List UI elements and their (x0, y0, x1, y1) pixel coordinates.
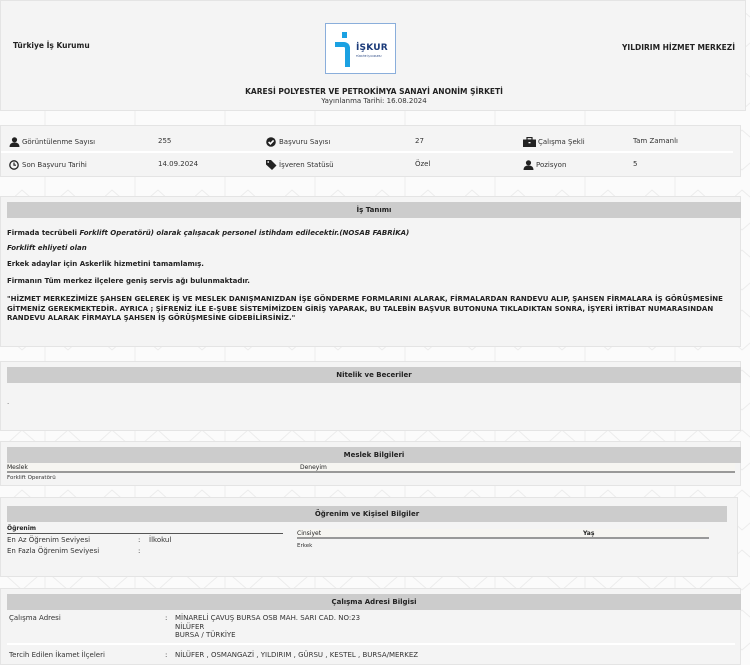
occupation-table-header: Meslek Deneyim (7, 463, 735, 473)
districts-value: NİLÜFER , OSMANGAZİ , YILDIRIM , GÜRSU ,… (175, 651, 418, 660)
desc-line: Firmada tecrübeli Forklift Operatörü) ol… (7, 229, 409, 237)
table-row: Forklift Operatörü (7, 475, 56, 481)
occupation-section: Meslek Bilgileri Meslek Deneyim Forklift… (0, 441, 741, 486)
logo-text: İŞKUR (356, 43, 388, 53)
col-occupation: Meslek (7, 464, 28, 471)
clock-icon (9, 160, 20, 170)
max-education-row: En Fazla Öğrenim Seviyesi : (7, 547, 99, 555)
employer-status-label-cell: İşveren Statüsü (266, 160, 334, 170)
job-description-section: İş Tanımı Firmada tecrübeli Forklift Ope… (0, 196, 741, 347)
work-type-value: Tam Zamanlı (633, 137, 678, 145)
applications-label-cell: Başvuru Sayısı (266, 137, 330, 147)
address-line: MİNARELİ ÇAVUŞ BURSA OSB MAH. SARI CAD. … (175, 614, 360, 622)
section-title: Çalışma Adresi Bilgisi (7, 594, 741, 610)
applications-value: 27 (415, 137, 424, 145)
address-line: BURSA / TÜRKİYE (175, 631, 236, 639)
tag-icon (266, 160, 277, 170)
employer-status-label: İşveren Statüsü (279, 161, 334, 169)
divider (7, 643, 735, 645)
service-center: YILDIRIM HİZMET MERKEZİ (622, 43, 735, 52)
views-value: 255 (158, 137, 171, 145)
education-header: Öğrenim (7, 524, 283, 534)
desc-italic: Forklift Operatörü) olarak çalışacak per… (80, 229, 410, 237)
address-section: Çalışma Adresi Bilgisi Çalışma Adresi : … (0, 588, 741, 665)
gender-header: Cinsiyet (297, 530, 321, 537)
page-header: Türkiye İş Kurumu İŞKUR TÜRKİYE İŞ KURUM… (0, 0, 746, 111)
logo-mark-icon (342, 32, 347, 38)
positions-label: Pozisyon (536, 161, 566, 169)
desc-text: Firmada tecrübeli (7, 229, 80, 237)
stats-row: Görüntülenme Sayısı 255 Başvuru Sayısı 2… (1, 131, 733, 153)
personal-header: Cinsiyet Yaş (297, 529, 709, 539)
user-icon (9, 137, 20, 147)
section-title: Öğrenim ve Kişisel Bilgiler (7, 506, 727, 522)
districts-label: Tercih Edilen İkamet İlçeleri (9, 651, 105, 659)
org-name: Türkiye İş Kurumu (13, 41, 90, 50)
min-education-row: En Az Öğrenim Seviyesi : İlkokul (7, 536, 90, 544)
skills-section: Nitelik ve Beceriler . (0, 361, 741, 431)
deadline-label-cell: Son Başvuru Tarihi (9, 160, 87, 170)
min-education-label: En Az Öğrenim Seviyesi (7, 536, 90, 544)
section-title: İş Tanımı (7, 202, 741, 218)
applications-label: Başvuru Sayısı (279, 138, 330, 146)
iskur-logo[interactable]: İŞKUR TÜRKİYE İŞ KURUMU (325, 23, 396, 74)
education-section: Öğrenim ve Kişisel Bilgiler Öğrenim En A… (0, 497, 738, 577)
deadline-label: Son Başvuru Tarihi (22, 161, 87, 169)
gender-value: Erkek (297, 543, 312, 549)
notice-text: "HİZMET MERKEZİMİZE ŞAHSEN GELEREK İŞ VE… (7, 295, 737, 324)
logo-subtext: TÜRKİYE İŞ KURUMU (356, 55, 381, 58)
section-title: Meslek Bilgileri (7, 447, 741, 463)
work-type-label: Çalışma Şekli (538, 138, 585, 146)
deadline-value: 14.09.2024 (158, 160, 198, 168)
publish-date: Yayınlanma Tarihi: 16.08.2024 (1, 97, 747, 105)
logo-hook-icon (335, 42, 350, 67)
address-line: NİLÜFER (175, 623, 204, 631)
desc-line: Forklift ehliyeti olan (7, 244, 87, 252)
views-label-cell: Görüntülenme Sayısı (9, 137, 95, 147)
check-circle-icon (266, 137, 277, 147)
skills-content: . (7, 398, 9, 406)
job-stats: Görüntülenme Sayısı 255 Başvuru Sayısı 2… (0, 125, 741, 177)
section-title: Nitelik ve Beceriler (7, 367, 741, 383)
min-education-value: İlkokul (149, 536, 171, 544)
employer-status-value: Özel (415, 160, 430, 168)
age-header: Yaş (583, 530, 594, 537)
work-type-label-cell: Çalışma Şekli (523, 137, 585, 147)
stats-row: Son Başvuru Tarihi 14.09.2024 İşveren St… (1, 154, 733, 176)
work-address-value: MİNARELİ ÇAVUŞ BURSA OSB MAH. SARI CAD. … (175, 614, 360, 640)
positions-label-cell: Pozisyon (523, 160, 566, 170)
desc-line: Firmanın Tüm merkez ilçelere geniş servi… (7, 277, 250, 285)
views-label: Görüntülenme Sayısı (22, 138, 95, 146)
work-address-label: Çalışma Adresi (9, 614, 61, 622)
col-experience: Deneyim (300, 464, 327, 471)
company-name: KARESİ POLYESTER VE PETROKİMYA SANAYİ AN… (1, 87, 747, 96)
briefcase-icon (523, 137, 536, 147)
user-icon (523, 160, 534, 170)
desc-italic: Forklift ehliyeti olan (7, 244, 87, 252)
max-education-label: En Fazla Öğrenim Seviyesi (7, 547, 99, 555)
desc-line: Erkek adaylar için Askerlik hizmetini ta… (7, 260, 204, 268)
positions-value: 5 (633, 160, 637, 168)
education-header-label: Öğrenim (7, 525, 36, 532)
occupation-cell: Forklift Operatörü (7, 475, 56, 481)
